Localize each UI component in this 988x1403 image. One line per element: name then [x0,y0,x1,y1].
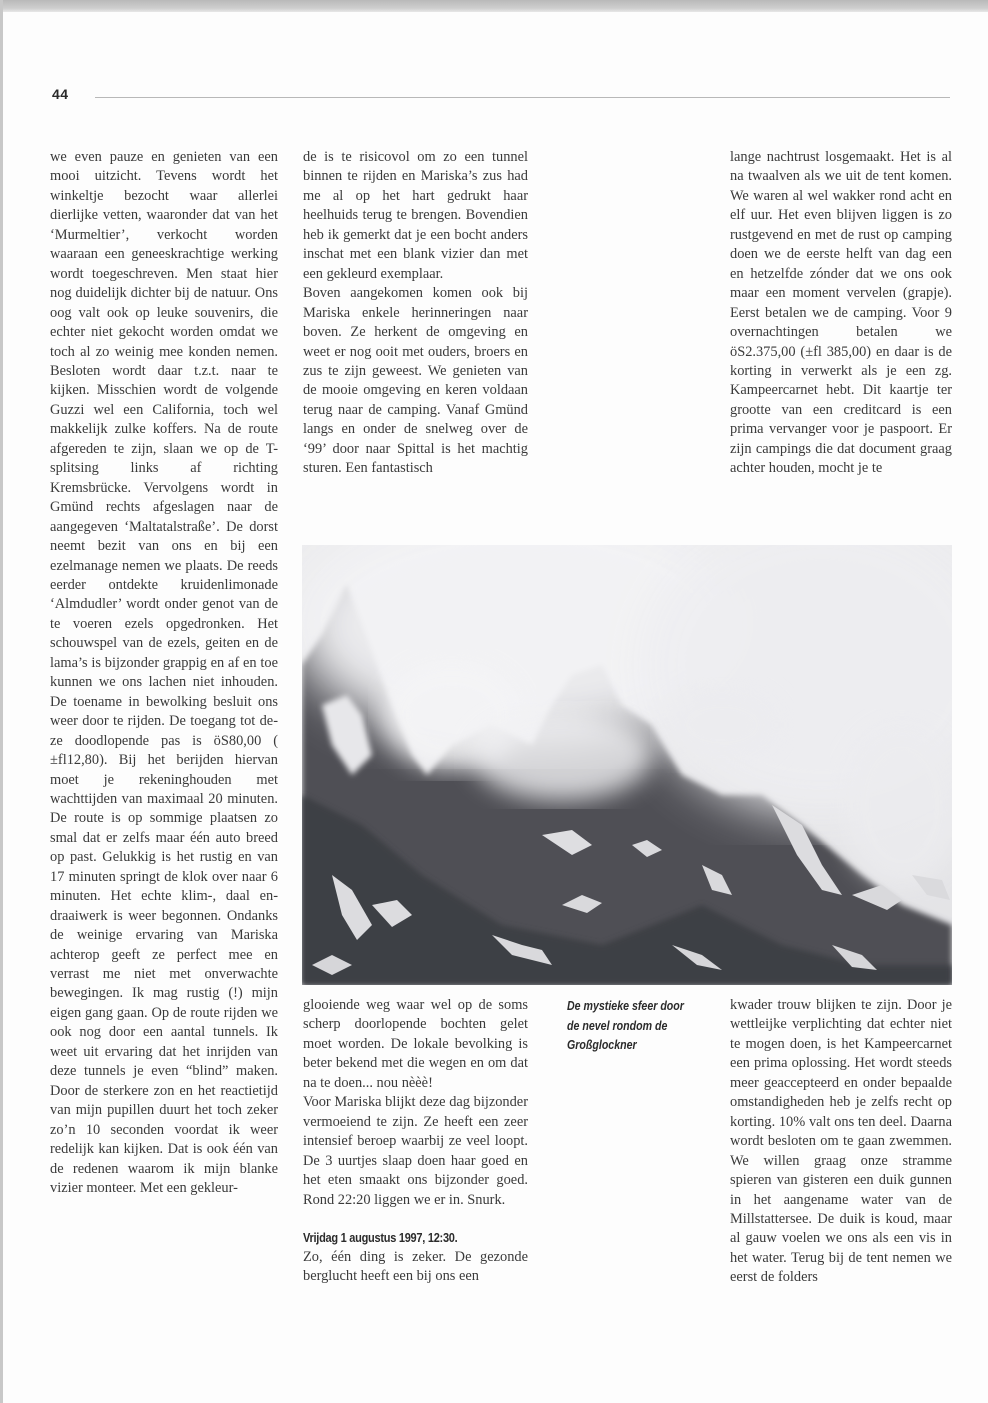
text-column-2-bottom: glooiende weg waar wel op de soms scherp… [303,996,528,1287]
text-column-3-bottom: kwader trouw blijken te zijn. Door je we… [730,996,952,1288]
header-rule [95,97,950,98]
paragraph: glooiende weg waar wel op de soms scherp… [303,996,528,1093]
text-column-2-top: de is te risicovol om zo een tun­nel bin… [303,148,528,479]
text-column-1: we even pauze en genieten van een mooi u… [50,148,278,1198]
paragraph: kwader trouw blijken te zijn. Door je we… [730,996,952,1288]
paragraph: Voor Mariska blijkt deze dag bij­zonder … [303,1093,528,1210]
caption-line: De mystieke sfeer door [567,997,686,1017]
date-subheading: Vrijdag 1 augustus 1997, 12:30. [303,1229,501,1248]
caption-line: de nevel rondom de [567,1017,686,1037]
paragraph: de is te risicovol om zo een tun­nel bin… [303,148,528,284]
page-number: 44 [52,86,69,102]
text-column-3-top: lange nachtrust losgemaakt. Het is al na… [730,148,952,479]
scan-top-edge [0,0,988,12]
paragraph: Zo, één ding is zeker. De gezonde berglu… [303,1248,528,1287]
caption-line: Großglockner [567,1036,686,1056]
mountain-photo [302,545,952,985]
mountain-image-icon [302,545,952,985]
photo-caption: De mystieke sfeer door de nevel rondom d… [567,997,686,1056]
paragraph: we even pauze en genieten van een mooi u… [50,148,278,1198]
paragraph: Boven aangekomen komen ook bij Mariska e… [303,284,528,479]
paragraph: lange nachtrust losgemaakt. Het is al na… [730,148,952,479]
scan-left-edge [0,0,3,1403]
